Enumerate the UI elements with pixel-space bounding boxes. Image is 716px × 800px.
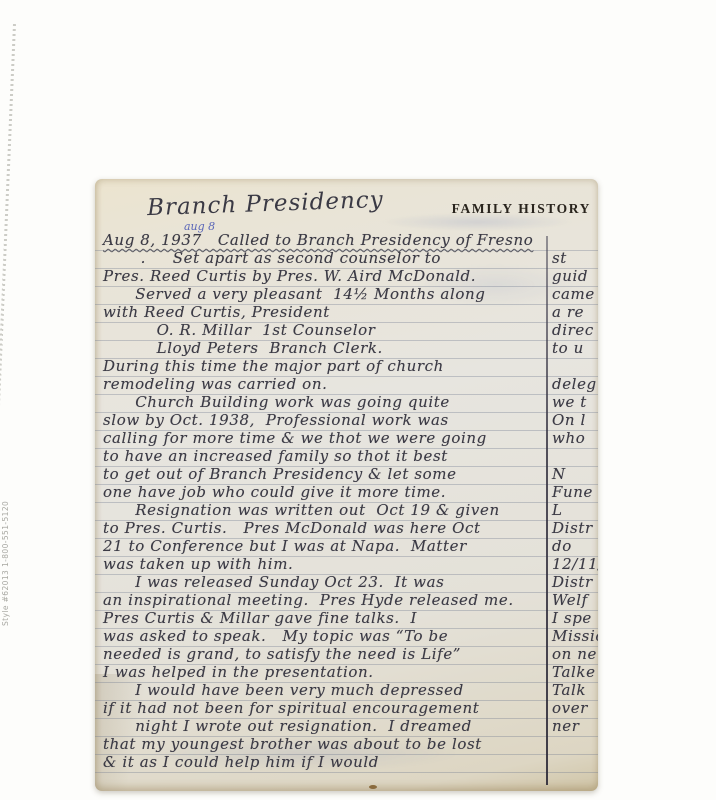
journal-line: Served a very pleasant 14½ Months along: [103, 285, 549, 303]
journal-line: to Pres. Curtis. Pres McDonald was here …: [103, 519, 549, 537]
adjacent-column-fragment: Talk: [552, 681, 586, 699]
adjacent-column-fragment: guid: [552, 267, 588, 285]
film-edge-label: Style #62013 1-800-551-5120: [1, 456, 10, 626]
adjacent-column-fragment: Missio: [552, 627, 598, 645]
adjacent-column: stguidcamea redirecto udelegwe tOn lwhoN…: [552, 231, 598, 771]
journal-line: & it as I could help him if I would: [103, 753, 549, 771]
adjacent-column-fragment: Distr: [552, 519, 593, 537]
adjacent-column-fragment: Talke: [552, 663, 596, 681]
journal-line: night I wrote out resignation. I dreamed: [103, 717, 549, 735]
adjacent-column-fragment: Fune: [552, 483, 593, 501]
adjacent-column-fragment: Distr: [552, 573, 593, 591]
journal-line: Lloyd Peters Branch Clerk.: [103, 339, 549, 357]
journal-line: calling for more time & we thot we were …: [103, 429, 549, 447]
journal-line: was taken up with him.: [103, 555, 549, 573]
journal-lines: Aug 8, 1937 Called to Branch Presidency …: [103, 231, 549, 771]
scanned-journal-screenshot: { "scan": { "edge_strip_label": "Style #…: [0, 0, 716, 800]
journal-line: one have job who could give it more time…: [103, 483, 549, 501]
adjacent-column-fragment: I spe: [552, 609, 592, 627]
adjacent-column-fragment: a re: [552, 303, 584, 321]
journal-line: Pres Curtis & Millar gave fine talks. I: [103, 609, 549, 627]
journal-line: to have an increased family so thot it b…: [103, 447, 549, 465]
adjacent-column-fragment: direc: [552, 321, 594, 339]
journal-line: During this time the major part of churc…: [103, 357, 549, 375]
journal-line: if it had not been for spiritual encoura…: [103, 699, 549, 717]
adjacent-column-fragment: we t: [552, 393, 587, 411]
journal-line: Church Building work was going quite: [103, 393, 549, 411]
journal-line: to get out of Branch Presidency & let so…: [103, 465, 549, 483]
journal-line: O. R. Millar 1st Counselor: [103, 321, 549, 339]
adjacent-column-fragment: On l: [552, 411, 586, 429]
adjacent-column-fragment: st: [552, 249, 567, 267]
journal-line: I was released Sunday Oct 23. It was: [103, 573, 549, 591]
adjacent-column-fragment: to u: [552, 339, 584, 357]
journal-line: Aug 8, 1937 Called to Branch Presidency …: [103, 231, 549, 249]
adjacent-column-fragment: deleg: [552, 375, 597, 393]
journal-line: Resignation was written out Oct 19 & giv…: [103, 501, 549, 519]
journal-line: I would have been very much depressed: [103, 681, 549, 699]
adjacent-column-fragment: over: [552, 699, 588, 717]
journal-line: slow by Oct. 1938, Professional work was: [103, 411, 549, 429]
adjacent-column-fragment: do: [552, 537, 572, 555]
adjacent-column-fragment: N: [552, 465, 566, 483]
journal-line: was asked to speak. My topic was “To be: [103, 627, 549, 645]
journal-page: FAMILY HISTORY Branch Presidency aug 8 A…: [95, 179, 598, 791]
paper-blemish: [369, 785, 377, 789]
adjacent-column-fragment: came: [552, 285, 595, 303]
journal-line: needed is grand, to satisfy the need is …: [103, 645, 549, 663]
journal-line: 21 to Conference but I was at Napa. Matt…: [103, 537, 549, 555]
journal-line: I was helped in the presentation.: [103, 663, 549, 681]
journal-line: with Reed Curtis, President: [103, 303, 549, 321]
adjacent-column-fragment: Welf: [552, 591, 588, 609]
journal-line: . Set apart as second counselor to: [103, 249, 549, 267]
adjacent-column-fragment: ner: [552, 717, 580, 735]
journal-line: remodeling was carried on.: [103, 375, 549, 393]
journal-line: that my youngest brother was about to be…: [103, 735, 549, 753]
journal-line: an inspirational meeting. Pres Hyde rele…: [103, 591, 549, 609]
adjacent-column-fragment: on ne: [552, 645, 597, 663]
journal-line: Pres. Reed Curtis by Pres. W. Aird McDon…: [103, 267, 549, 285]
adjacent-column-fragment: L: [552, 501, 563, 519]
adjacent-column-fragment: 12/11/38: [552, 555, 598, 573]
adjacent-column-fragment: who: [552, 429, 585, 447]
